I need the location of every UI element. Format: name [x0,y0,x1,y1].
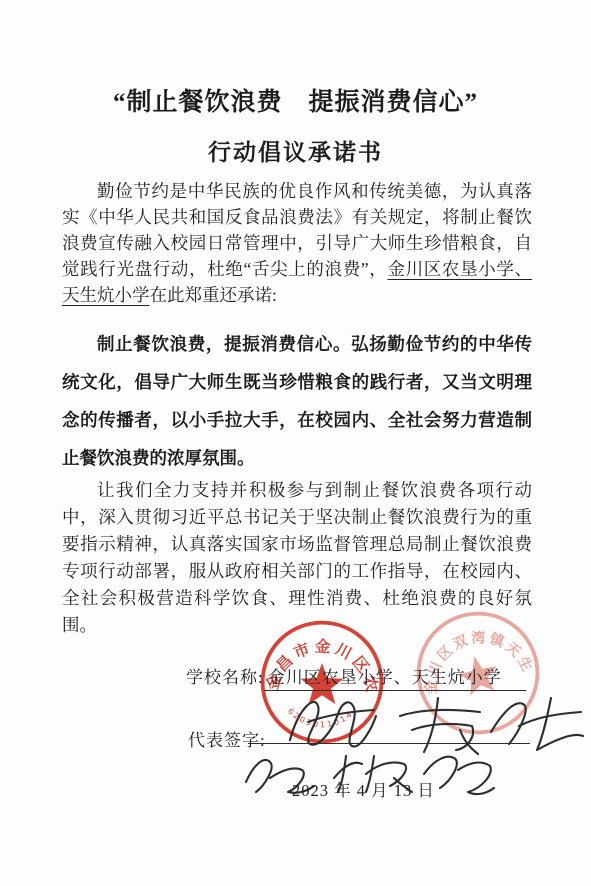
document-subtitle: 行动倡议承诺书 [0,134,591,167]
paragraph-pledge: 制止餐饮浪费，提振消费信心。弘扬勤俭节约的中华传统文化，倡导广大师生既当珍惜粮食… [62,326,532,478]
signature-row1-3 [491,698,583,750]
school-name-label: 学校名称: [186,668,264,687]
document-page: “制止餐饮浪费 提振消费信心” 行动倡议承诺书 勤俭节约是中华民族的优良作风和传… [0,0,591,886]
document-date: 2023 年 4 月 13 日 [292,777,435,801]
document-title: “制止餐饮浪费 提振消费信心” [0,82,591,118]
school-name-row: 学校名称:金川区农垦小学、天生炕小学 [186,663,526,688]
signature-row1-2 [400,698,480,754]
intro-text-after: 在此郑重还承诺: [150,285,277,305]
paragraph-intro: 勤俭节约是中华民族的优良作风和传统美德，为认真落实《中华人民共和国反食品浪费法》… [62,178,532,308]
signature-row1-1 [290,702,376,746]
